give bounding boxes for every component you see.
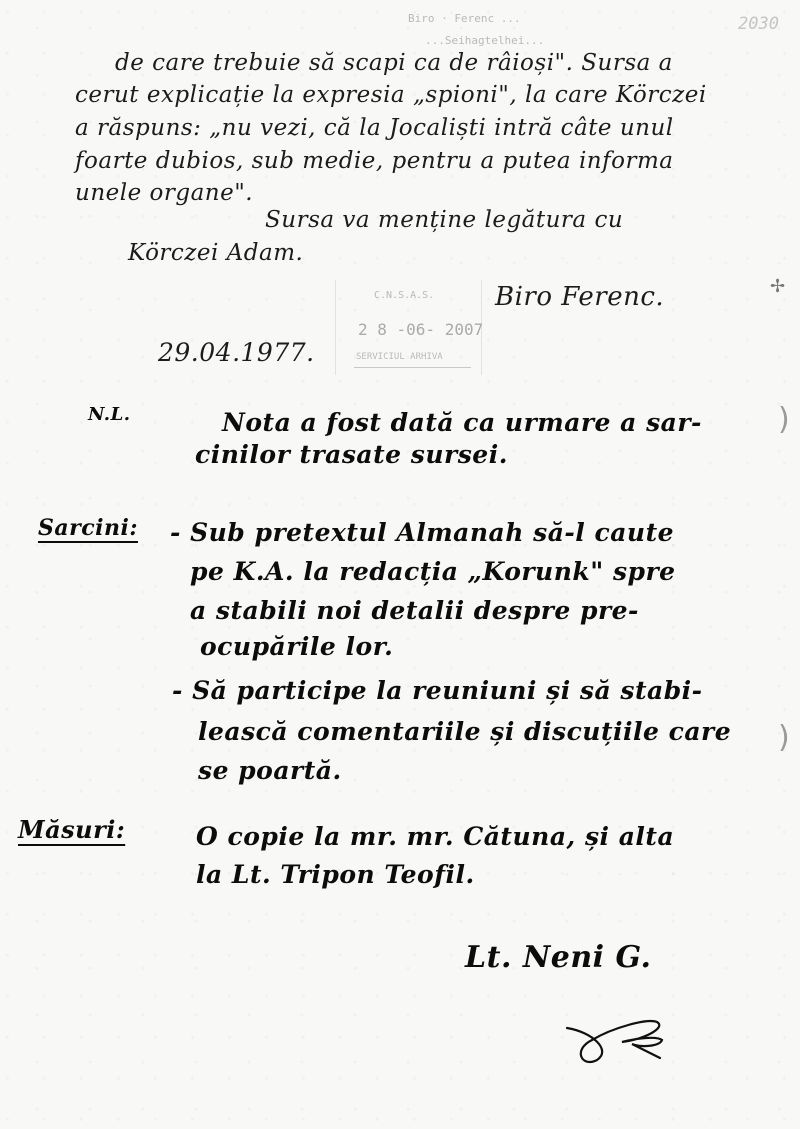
task-2-line-2: lească comentariile și discuțiile care: [198, 717, 731, 746]
task-2-line-3: se poartă.: [198, 756, 342, 785]
officer-signature: Lt. Neni G.: [465, 940, 652, 975]
measures-line-1: O copie la mr. mr. Cătuna, și alta: [196, 822, 674, 851]
archive-stamp-rule: [354, 367, 471, 368]
note-line-2: cinilor trasate sursei.: [195, 440, 508, 469]
task-2-line-1: - Să participe la reuniuni și să stabi-: [172, 676, 703, 705]
header-stamp-line-2: ...Seihagtelhei...: [425, 34, 544, 47]
task-1-line-3: a stabili noi detalii despre pre-: [190, 596, 639, 625]
tasks-label: Sarcini:: [38, 515, 138, 541]
margin-bracket-mark: ): [778, 720, 790, 755]
document-date: 29.04.1977.: [158, 338, 315, 367]
task-1-line-4: ocupările lor.: [200, 632, 393, 661]
body-line-4: foarte dubios, sub medie, pentru a putea…: [75, 148, 674, 174]
note-label: N.L.: [88, 404, 131, 425]
document-page: Biro · Ferenc ... ...Seihagtelhei... 203…: [0, 0, 800, 1129]
task-1-line-2: pe K.A. la redacția „Korunk" spre: [190, 557, 676, 586]
archive-stamp: C.N.S.A.S. 2 8 -06- 2007 SERVICIUL ARHIV…: [335, 280, 482, 375]
body-line-1: de care trebuie să scapi ca de râioși". …: [115, 50, 673, 76]
signature-scribble-icon: [562, 1010, 672, 1070]
body-line-2: cerut explicație la expresia „spioni", l…: [75, 82, 707, 108]
closing-line-1: Sursa va menține legătura cu: [265, 207, 623, 233]
closing-line-2: Körczei Adam.: [128, 240, 303, 266]
body-line-5: unele organe".: [75, 180, 253, 206]
header-stamp-line-1: Biro · Ferenc ...: [408, 12, 521, 25]
archive-stamp-line-1: C.N.S.A.S.: [374, 290, 434, 301]
body-line-3: a răspuns: „nu vezi, că la Jocaliști int…: [75, 115, 674, 141]
archive-stamp-date: 2 8 -06- 2007: [358, 320, 483, 339]
measures-label: Măsuri:: [18, 815, 125, 844]
margin-bracket-mark: ): [778, 402, 790, 437]
task-1-line-1: - Sub pretextul Almanah să-l caute: [170, 518, 674, 547]
archive-stamp-line-3: SERVICIUL ARHIVA: [356, 352, 443, 362]
measures-line-2: la Lt. Tripon Teofil.: [196, 860, 475, 889]
margin-star-mark: ✢: [770, 276, 785, 297]
page-number: 2030: [738, 14, 779, 34]
source-signature: Biro Ferenc.: [495, 282, 664, 312]
note-line-1: Nota a fost dată ca urmare a sar-: [222, 408, 702, 437]
